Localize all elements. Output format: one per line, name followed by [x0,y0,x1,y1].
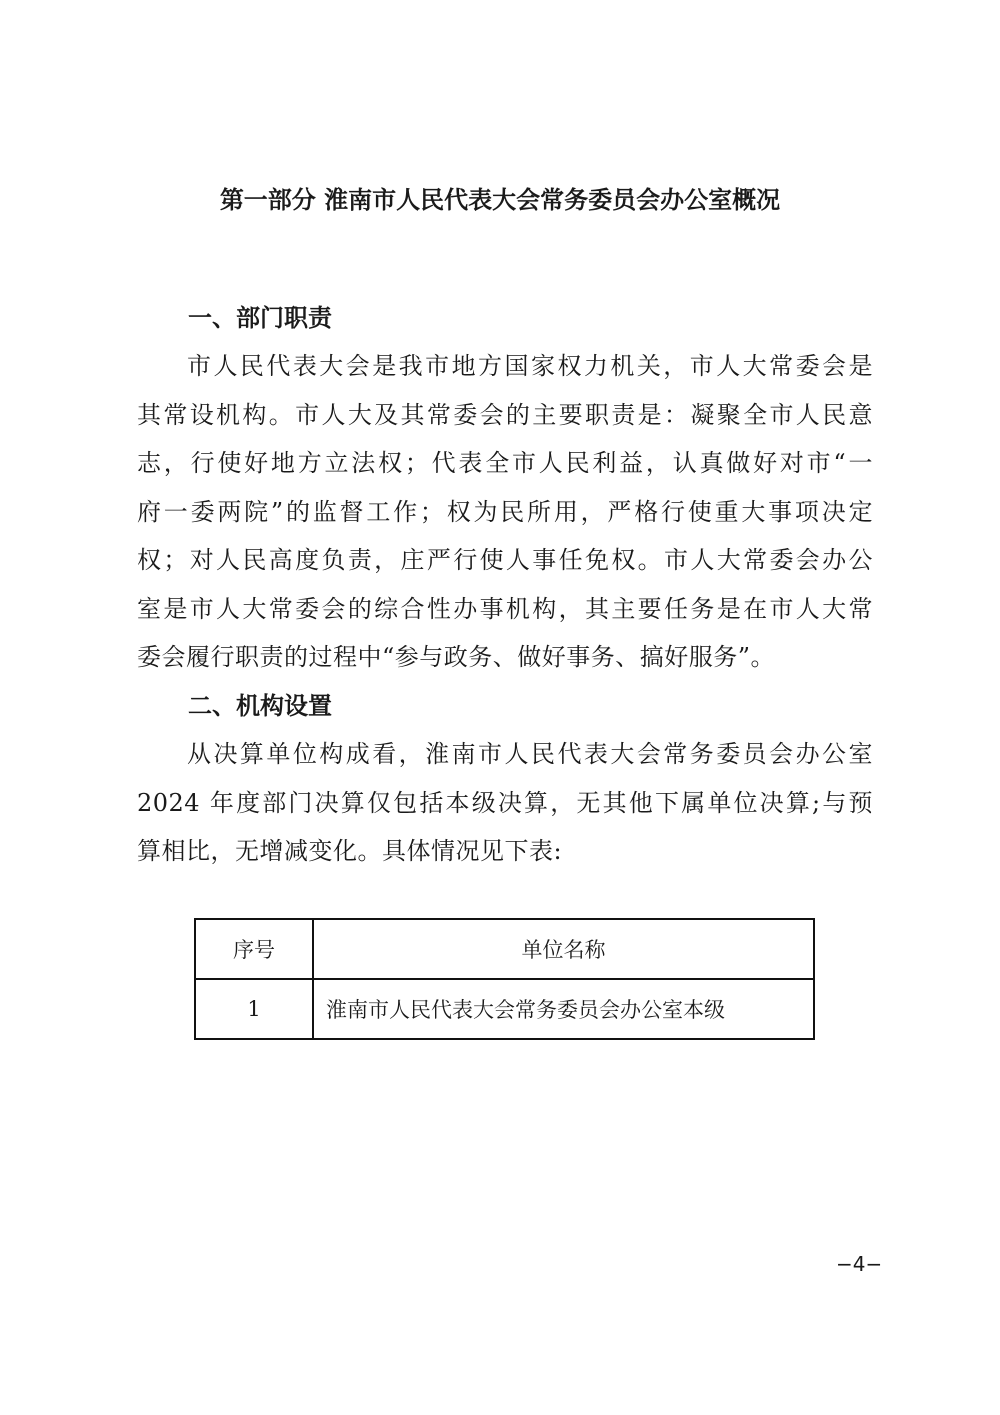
paragraph-line: 委会履行职责的过程中“参与政务、做好事务、搞好服务”。 [137,633,873,682]
paragraph-line: 2024 年度部门决算仅包括本级决算，无其他下属单位决算;与预 [137,779,873,828]
paragraph-line: 从决算单位构成看，淮南市人民代表大会常务委员会办公室 [137,730,873,779]
paragraph-line: 其常设机构。市人大及其常委会的主要职责是：凝聚全市人民意 [137,391,873,440]
page-title: 第一部分 淮南市人民代表大会常务委员会办公室概况 [0,180,1000,220]
cell-unit-name: 淮南市人民代表大会常务委员会办公室本级 [313,979,814,1039]
paragraph-line: 志，行使好地方立法权；代表全市人民利益，认真做好对市“一 [137,439,873,488]
duties-paragraph: 市人民代表大会是我市地方国家权力机关，市人大常委会是 其常设机构。市人大及其常委… [137,342,873,682]
units-table: 序号 单位名称 1 淮南市人民代表大会常务委员会办公室本级 [194,918,815,1040]
paragraph-line: 室是市人大常委会的综合性办事机构，其主要任务是在市人大常 [137,585,873,634]
page-number: −4− [836,1252,882,1276]
paragraph-line: 权；对人民高度负责，庄严行使人事任免权。市人大常委会办公 [137,536,873,585]
table-row: 1 淮南市人民代表大会常务委员会办公室本级 [195,979,814,1039]
paragraph-line: 算相比，无增减变化。具体情况见下表: [137,827,873,876]
section-heading-duties: 一、部门职责 [188,298,332,338]
cell-index: 1 [195,979,313,1039]
structure-paragraph: 从决算单位构成看，淮南市人民代表大会常务委员会办公室 2024 年度部门决算仅包… [137,730,873,876]
header-index: 序号 [195,919,313,979]
paragraph-line: 府一委两院”的监督工作；权为民所用，严格行使重大事项决定 [137,488,873,537]
table-header-row: 序号 单位名称 [195,919,814,979]
header-unit-name: 单位名称 [313,919,814,979]
paragraph-line: 市人民代表大会是我市地方国家权力机关，市人大常委会是 [137,342,873,391]
section-heading-structure: 二、机构设置 [188,686,332,726]
